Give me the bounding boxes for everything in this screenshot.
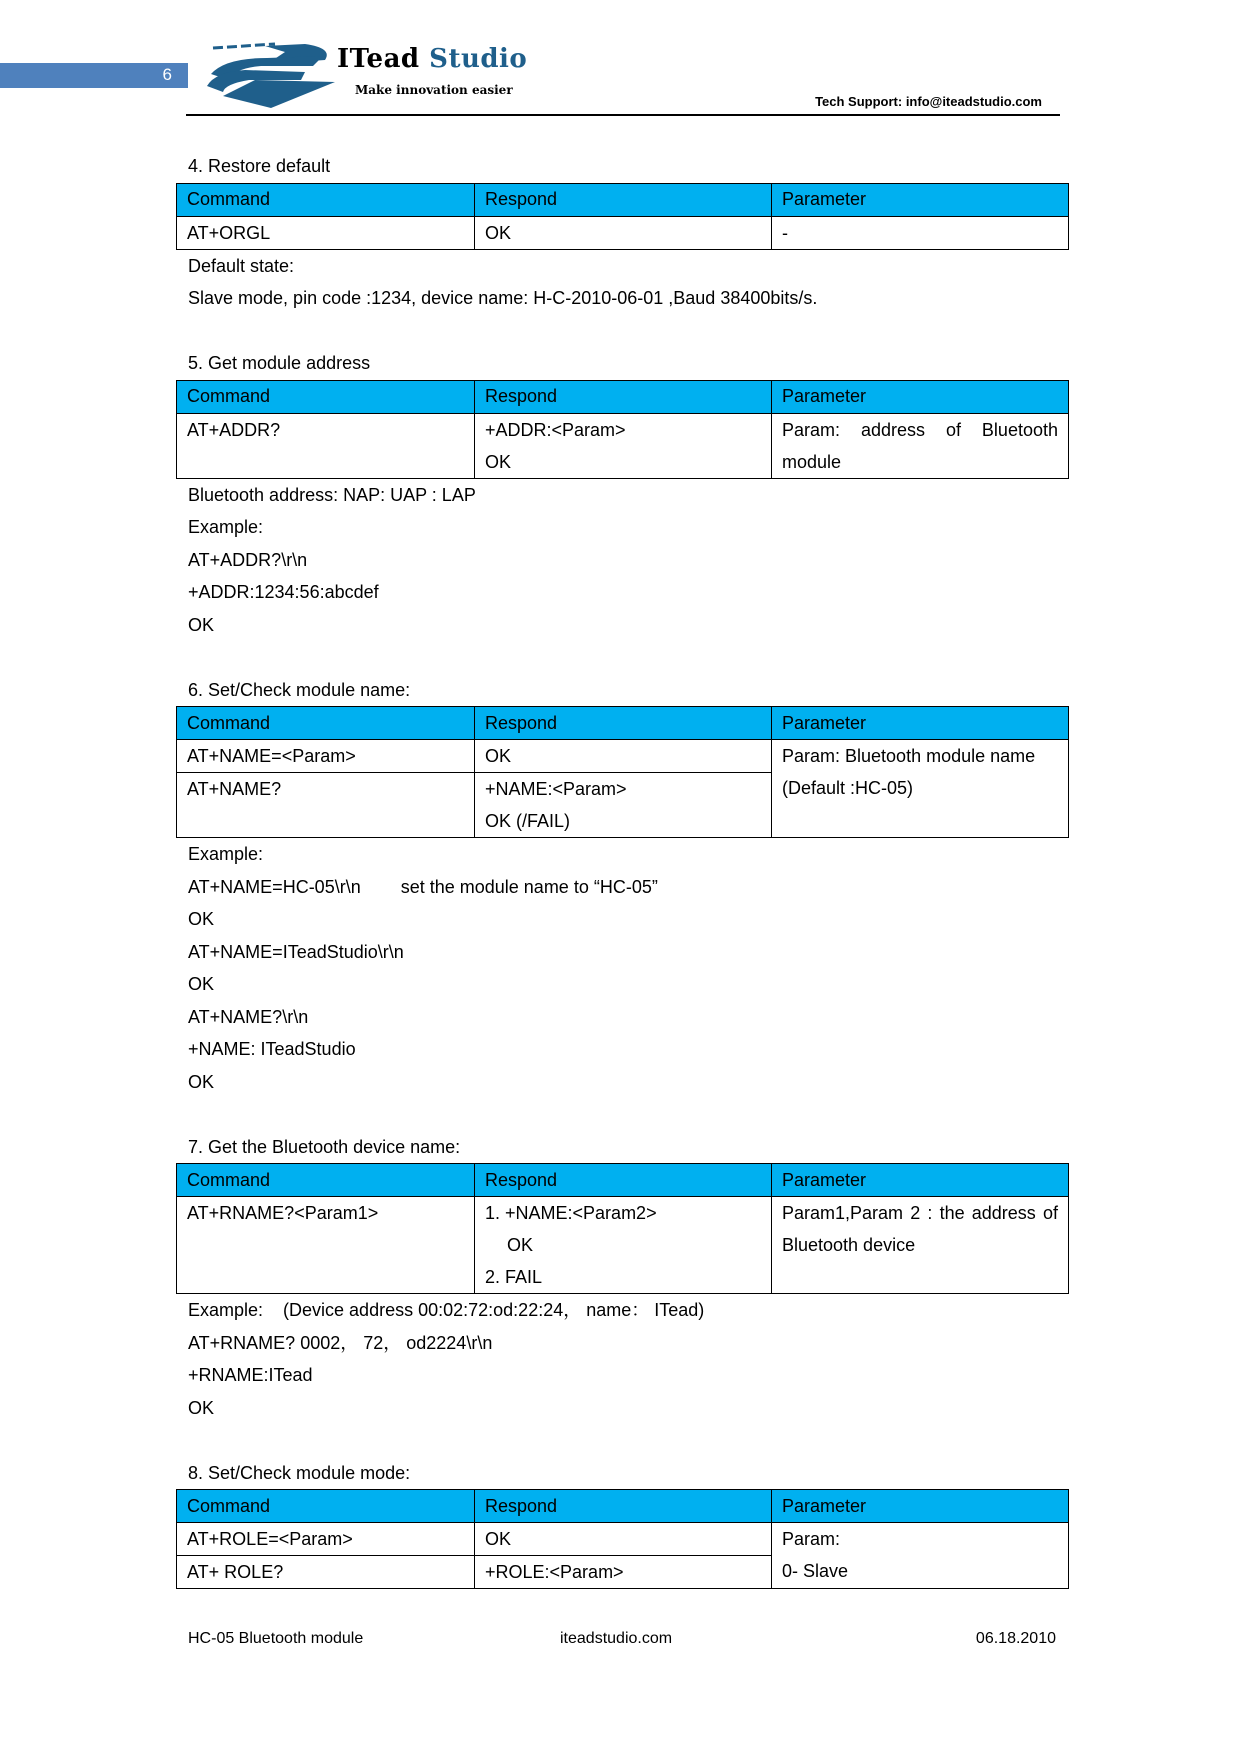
table-row: AT+ADDR? +ADDR:<Param> OK Param: address… xyxy=(177,413,1069,478)
table-header-row: Command Respond Parameter xyxy=(177,380,1069,413)
note-line: OK xyxy=(176,968,1068,1001)
header-command: Command xyxy=(177,1490,475,1523)
respond-cell: OK xyxy=(475,216,772,249)
header-parameter: Parameter xyxy=(772,183,1069,216)
command-cell: AT+NAME=<Param> xyxy=(177,740,475,773)
command-cell: AT+ORGL xyxy=(177,216,475,249)
respond-cell: OK xyxy=(475,1523,772,1556)
logo-title: ITead Studio xyxy=(337,44,527,74)
table-restore-default: Command Respond Parameter AT+ORGL OK - xyxy=(176,183,1069,250)
note-line: +NAME: ITeadStudio xyxy=(176,1033,1068,1066)
section-title-restore-default: 4. Restore default xyxy=(176,150,1068,183)
note-line: AT+NAME?\r\n xyxy=(176,1001,1068,1034)
section-title-get-address: 5. Get module address xyxy=(176,347,1068,380)
note-line: +ADDR:1234:56:abcdef xyxy=(176,576,1068,609)
page-number-tab: 6 xyxy=(0,63,188,88)
footer-date: 06.18.2010 xyxy=(976,1630,1056,1648)
header-command: Command xyxy=(177,1164,475,1197)
command-cell: AT+ ROLE? xyxy=(177,1556,475,1589)
command-cell: AT+NAME? xyxy=(177,773,475,838)
spiral-logo-icon xyxy=(205,40,345,110)
table-row: AT+ORGL OK - xyxy=(177,216,1069,249)
command-cell: AT+ROLE=<Param> xyxy=(177,1523,475,1556)
note-line: AT+RNAME? 0002， 72， od2224\r\n xyxy=(176,1327,1068,1360)
section-title-module-name: 6. Set/Check module name: xyxy=(176,674,1068,707)
note-line: OK xyxy=(176,1066,1068,1099)
respond-cell: OK xyxy=(475,740,772,773)
footer-product: HC-05 Bluetooth module xyxy=(188,1630,363,1648)
footer-website: iteadstudio.com xyxy=(560,1630,672,1648)
table-row: AT+NAME=<Param> OK Param: Bluetooth modu… xyxy=(177,740,1069,773)
header-respond: Respond xyxy=(475,707,772,740)
tech-support-email: Tech Support: info@iteadstudio.com xyxy=(815,94,1042,109)
note-line: Slave mode, pin code :1234, device name:… xyxy=(176,282,1068,315)
page-number: 6 xyxy=(163,65,172,85)
header-divider xyxy=(186,114,1060,116)
note-line: OK xyxy=(176,903,1068,936)
table-header-row: Command Respond Parameter xyxy=(177,1164,1069,1197)
note-line: AT+ADDR?\r\n xyxy=(176,544,1068,577)
parameter-cell: Param: address of Bluetooth module xyxy=(772,413,1069,478)
header-respond: Respond xyxy=(475,380,772,413)
header-parameter: Parameter xyxy=(772,1164,1069,1197)
note-line: Bluetooth address: NAP: UAP : LAP xyxy=(176,479,1068,512)
document-body: 4. Restore default Command Respond Param… xyxy=(176,150,1068,1589)
respond-cell: +ROLE:<Param> xyxy=(475,1556,772,1589)
table-row: AT+ROLE=<Param> OK Param: 0- Slave xyxy=(177,1523,1069,1556)
logo-tagline: Make innovation easier xyxy=(355,83,513,97)
table-module-name: Command Respond Parameter AT+NAME=<Param… xyxy=(176,706,1069,838)
table-device-name: Command Respond Parameter AT+RNAME?<Para… xyxy=(176,1163,1069,1294)
note-line: Example: xyxy=(176,838,1068,871)
parameter-cell: - xyxy=(772,216,1069,249)
header-parameter: Parameter xyxy=(772,380,1069,413)
respond-cell: 1. +NAME:<Param2> OK 2. FAIL xyxy=(475,1197,772,1294)
respond-cell: +ADDR:<Param> OK xyxy=(475,413,772,478)
header-command: Command xyxy=(177,380,475,413)
table-module-mode: Command Respond Parameter AT+ROLE=<Param… xyxy=(176,1489,1069,1589)
note-line: OK xyxy=(176,609,1068,642)
table-get-address: Command Respond Parameter AT+ADDR? +ADDR… xyxy=(176,380,1069,479)
header-parameter: Parameter xyxy=(772,1490,1069,1523)
note-line: OK xyxy=(176,1392,1068,1425)
note-line: Example: (Device address 00:02:72:od:22:… xyxy=(176,1294,1068,1327)
header-respond: Respond xyxy=(475,1490,772,1523)
header-parameter: Parameter xyxy=(772,707,1069,740)
header-respond: Respond xyxy=(475,183,772,216)
iteadstudio-logo: ITead Studio Make innovation easier xyxy=(205,40,605,112)
parameter-cell: Param1,Param 2 : the address of Bluetoot… xyxy=(772,1197,1069,1294)
table-row: AT+RNAME?<Param1> 1. +NAME:<Param2> OK 2… xyxy=(177,1197,1069,1294)
header-respond: Respond xyxy=(475,1164,772,1197)
section-title-module-mode: 8. Set/Check module mode: xyxy=(176,1457,1068,1490)
parameter-cell: Param: Bluetooth module name (Default :H… xyxy=(772,740,1069,838)
table-header-row: Command Respond Parameter xyxy=(177,183,1069,216)
note-line: +RNAME:ITead xyxy=(176,1359,1068,1392)
section-title-device-name: 7. Get the Bluetooth device name: xyxy=(176,1131,1068,1164)
header-command: Command xyxy=(177,183,475,216)
note-line: AT+NAME=HC-05\r\n set the module name to… xyxy=(176,871,1068,904)
respond-cell: +NAME:<Param> OK (/FAIL) xyxy=(475,773,772,838)
table-header-row: Command Respond Parameter xyxy=(177,1490,1069,1523)
note-line: Example: xyxy=(176,511,1068,544)
header-command: Command xyxy=(177,707,475,740)
note-line: Default state: xyxy=(176,250,1068,283)
note-line: AT+NAME=ITeadStudio\r\n xyxy=(176,936,1068,969)
parameter-cell: Param: 0- Slave xyxy=(772,1523,1069,1589)
command-cell: AT+RNAME?<Param1> xyxy=(177,1197,475,1294)
table-header-row: Command Respond Parameter xyxy=(177,707,1069,740)
command-cell: AT+ADDR? xyxy=(177,413,475,478)
